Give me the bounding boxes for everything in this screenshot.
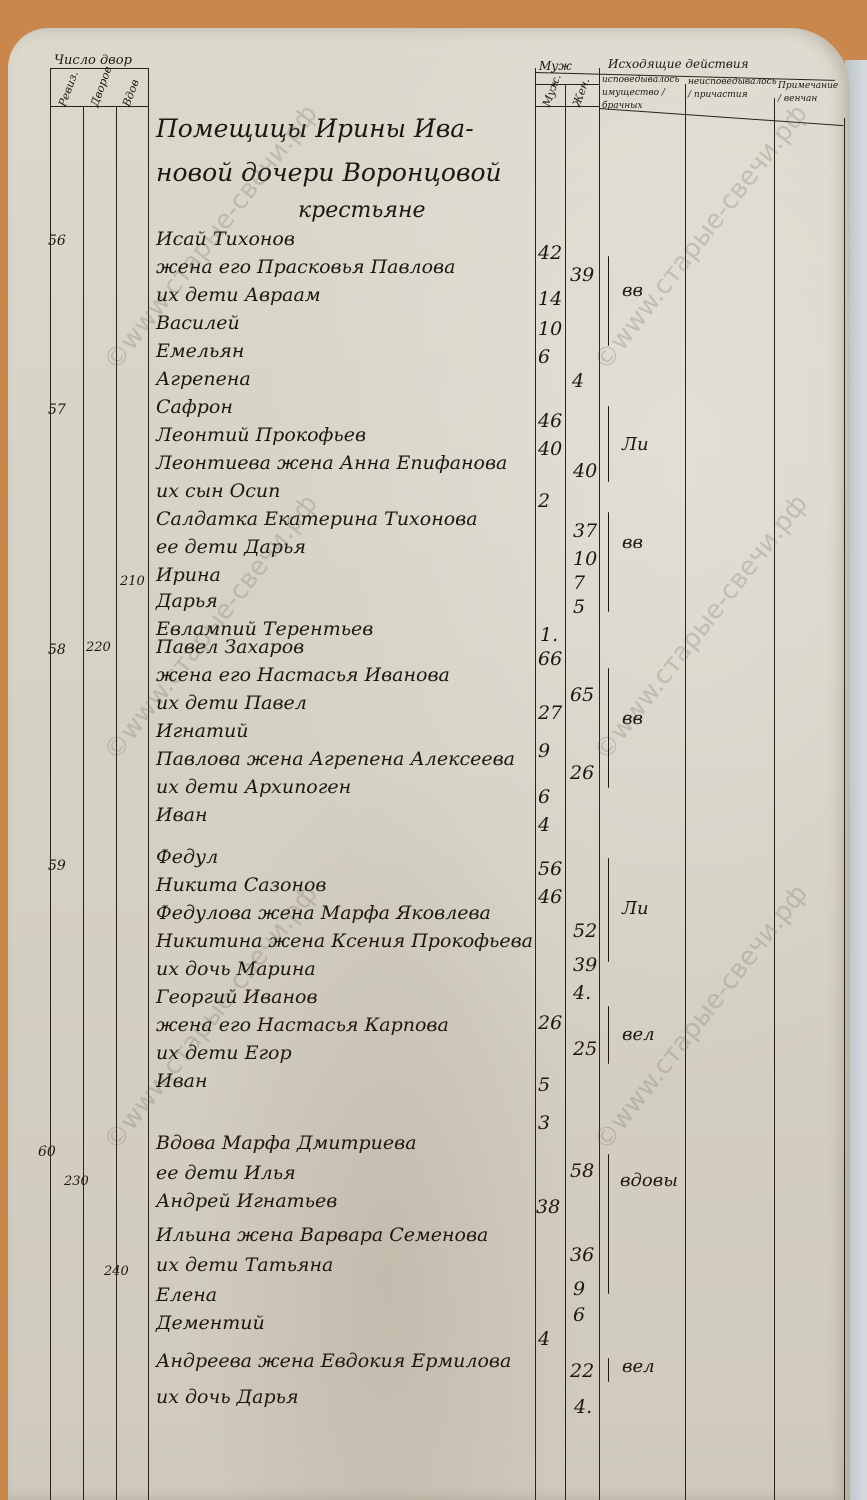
male-age: 46: [538, 886, 562, 908]
entry-name: Сафрон: [156, 396, 233, 418]
female-age: 5: [573, 596, 585, 618]
header-col-confessed: исповедывалось имущество / брачных: [602, 74, 684, 113]
male-age: 6: [538, 786, 550, 808]
header-col-male: Муж.: [540, 72, 564, 108]
bracket: [608, 1358, 609, 1382]
column-rule: [599, 68, 600, 1500]
male-age: 66: [538, 648, 562, 670]
female-age: 10: [573, 548, 597, 570]
male-age: 4: [538, 1328, 550, 1350]
entry-name: Ильина жена Варвара Семенова: [156, 1224, 488, 1246]
header-notes-group: Исходящие действия: [608, 58, 749, 71]
entry-name: Игнатий: [156, 720, 249, 742]
entry-name: их дочь Дарья: [156, 1386, 299, 1408]
female-age: 7: [573, 572, 585, 594]
entry-name: Василей: [156, 312, 240, 334]
entry-name: Андреева жена Евдокия Ермилова: [156, 1350, 511, 1372]
female-age: 52: [573, 920, 597, 942]
household-number: 57: [48, 402, 66, 418]
male-age: 56: [538, 858, 562, 880]
margin-note: вел: [622, 1356, 655, 1377]
entry-name: Исай Тихонов: [156, 228, 295, 250]
column-rule: [83, 106, 84, 1500]
entry-name: Андрей Игнатьев: [156, 1190, 337, 1212]
entry-name: Иван: [156, 804, 207, 826]
column-rule: [774, 98, 775, 1500]
entry-name: их дети Архипоген: [156, 776, 351, 798]
entry-name: Салдатка Екатерина Тихонова: [156, 508, 478, 530]
entry-name: жена его Настасья Карпова: [156, 1014, 449, 1036]
male-age: 6: [538, 346, 550, 368]
entry-name: их дети Егор: [156, 1042, 292, 1064]
entry-name: Вдова Марфа Дмитриева: [156, 1132, 417, 1154]
entry-name: жена его Прасковья Павлова: [156, 256, 455, 278]
entry-name: их дочь Марина: [156, 958, 316, 980]
female-age: 65: [570, 684, 594, 706]
header-col-remarks: Примечание / венчан: [778, 80, 840, 106]
header-col-not-confessed: неисповедывалось / причастия: [688, 76, 772, 102]
title-line-3: крестьяне: [298, 196, 425, 226]
watermark: ©www.старые-свечи.рф: [588, 99, 814, 376]
male-age: 10: [538, 318, 562, 340]
register-page: Число двор Ревиз. Дворов Вдов Муж Муж. Ж…: [8, 28, 850, 1500]
entry-name: жена его Настасья Иванова: [156, 664, 450, 686]
entry-name: Леонтиева жена Анна Епифанова: [156, 452, 507, 474]
entry-name: Иван: [156, 1070, 207, 1092]
entry-name: Федулова жена Марфа Яковлева: [156, 902, 491, 924]
entry-name: Ирина: [156, 564, 221, 586]
female-age: 39: [573, 954, 597, 976]
entry-name: ее дети Дарья: [156, 536, 306, 558]
title-line-2: новой дочери Воронцовой: [156, 158, 502, 188]
male-age: 3: [538, 1112, 550, 1134]
title-line-1: Помещицы Ирины Ива-: [156, 114, 474, 144]
header-rule: [50, 68, 148, 69]
entry-name: Никита Сазонов: [156, 874, 326, 896]
male-age: 46: [538, 410, 562, 432]
female-age: 39: [570, 264, 594, 286]
entry-name: Леонтий Прокофьев: [156, 424, 366, 446]
header-col-households: Дворов: [88, 64, 115, 108]
male-age: 42: [538, 242, 562, 264]
entry-name: Никитина жена Ксения Прокофьева: [156, 930, 533, 952]
female-age: 25: [573, 1038, 597, 1060]
entry-name: Федул: [156, 846, 218, 868]
header-rule: [535, 106, 599, 107]
column-rule: [50, 68, 51, 1500]
bracket: [608, 512, 609, 612]
bracket: [608, 668, 609, 788]
entry-name: Дарья: [156, 590, 218, 612]
household-number: 58: [48, 642, 66, 658]
header-households: Число двор: [54, 54, 132, 67]
female-age: 36: [570, 1244, 594, 1266]
female-age: 4: [572, 370, 584, 392]
female-age: 22: [570, 1360, 594, 1382]
male-age: 26: [538, 1012, 562, 1034]
header-col-revision: Ревиз.: [56, 69, 81, 108]
entry-name: Павлова жена Агрепена Алексеева: [156, 748, 515, 770]
male-age: 2: [538, 490, 550, 512]
entry-name: Елена: [156, 1284, 217, 1306]
female-age: 37: [573, 520, 597, 542]
column-rule: [116, 106, 117, 1500]
left-note: 230: [64, 1174, 89, 1189]
entry-name: их дети Авраам: [156, 284, 321, 306]
margin-note: вв: [622, 280, 643, 301]
watermark: ©www.старые-свечи.рф: [588, 879, 814, 1156]
bracket: [608, 256, 609, 346]
female-age: 4.: [574, 1396, 592, 1418]
margin-note: Ли: [622, 898, 649, 919]
male-age: 14: [538, 288, 562, 310]
male-age: 4: [538, 814, 550, 836]
male-age: 27: [538, 702, 562, 724]
left-note: 220: [86, 640, 111, 655]
entry-name: Дементий: [156, 1312, 265, 1334]
female-age: 4.: [573, 982, 591, 1004]
female-age: 9: [573, 1278, 585, 1300]
column-rule: [844, 118, 845, 1500]
column-rule: [535, 68, 536, 1500]
left-note: 210: [120, 574, 145, 589]
column-rule: [685, 84, 686, 1500]
header-col-widows: Вдов: [120, 78, 142, 109]
bracket: [608, 406, 609, 482]
entry-name: их дети Павел: [156, 692, 307, 714]
female-age: 58: [570, 1160, 594, 1182]
header-age-group: Муж: [539, 60, 572, 73]
bracket: [608, 858, 609, 962]
male-age: 9: [538, 740, 550, 762]
household-number: 59: [48, 858, 66, 874]
bracket: [608, 1006, 609, 1064]
female-age: 26: [570, 762, 594, 784]
column-rule: [148, 68, 149, 1500]
female-age: 6: [573, 1304, 585, 1326]
entry-name: Георгий Иванов: [156, 986, 318, 1008]
entry-name: ее дети Илья: [156, 1162, 296, 1184]
margin-note: вв: [622, 532, 643, 553]
male-age: 1.: [540, 624, 558, 646]
male-age: 38: [536, 1196, 560, 1218]
household-number: 56: [48, 233, 66, 249]
entry-name: их сын Осип: [156, 480, 280, 502]
margin-note: вв: [622, 708, 643, 729]
entry-name: их дети Татьяна: [156, 1254, 333, 1276]
male-age: 40: [538, 438, 562, 460]
household-number: 60: [38, 1144, 56, 1160]
entry-name: Емельян: [156, 340, 244, 362]
left-note: 240: [104, 1264, 129, 1279]
entry-name: Павел Захаров: [156, 636, 304, 658]
header-col-female: Жен.: [570, 76, 592, 108]
female-age: 40: [573, 460, 597, 482]
bracket: [608, 1154, 609, 1294]
entry-name: Агрепена: [156, 368, 251, 390]
column-rule: [565, 84, 566, 1500]
margin-note: вдовы: [620, 1170, 678, 1191]
margin-note: вел: [622, 1024, 655, 1045]
margin-note: Ли: [622, 434, 649, 455]
male-age: 5: [538, 1074, 550, 1096]
